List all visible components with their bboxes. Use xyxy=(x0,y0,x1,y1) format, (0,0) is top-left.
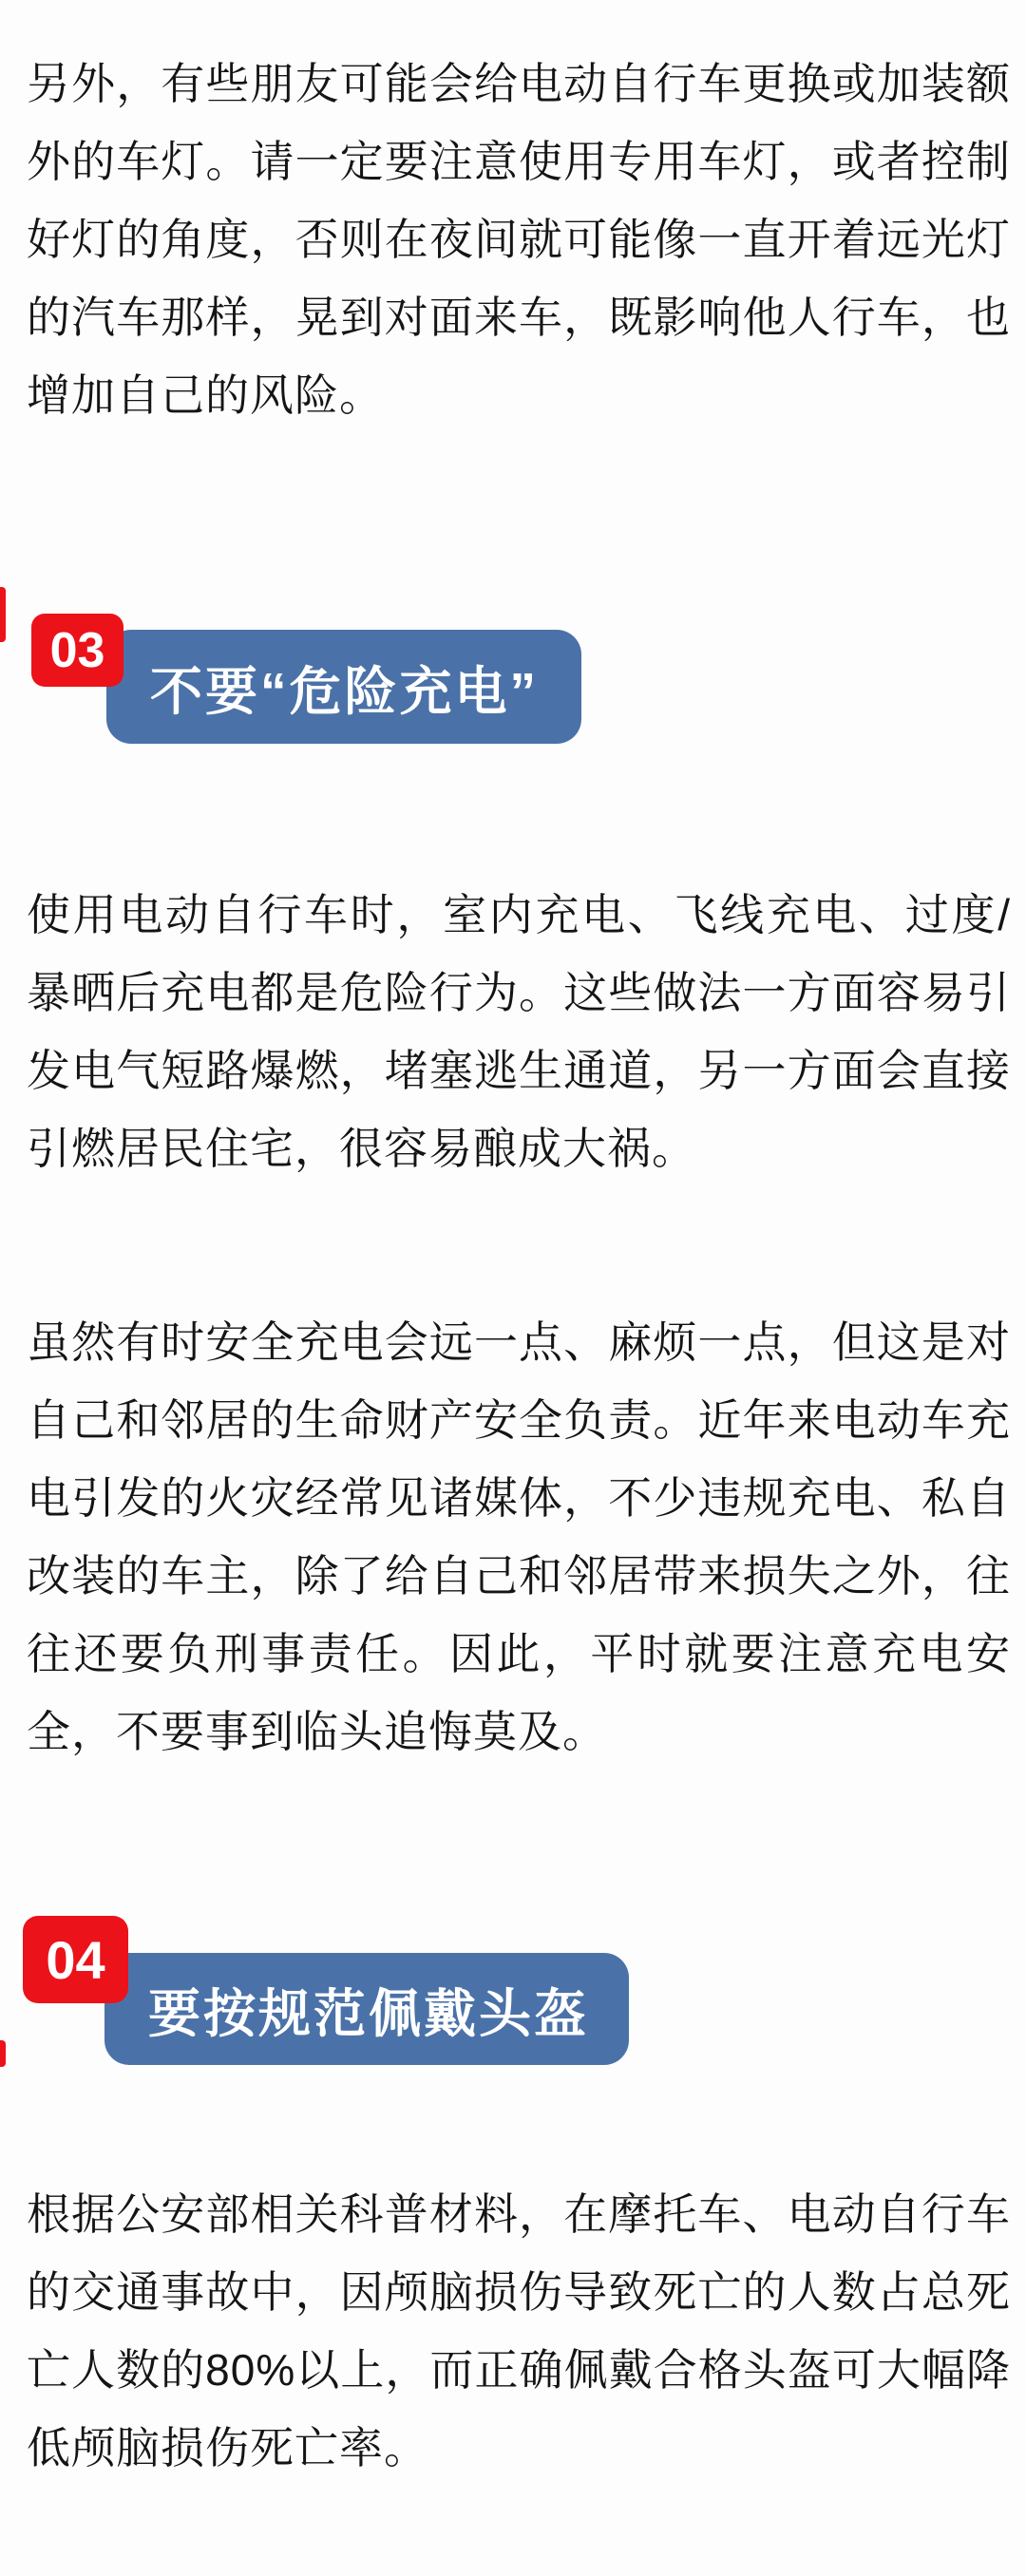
section-04-paragraph-1: 根据公安部相关科普材料，在摩托车、电动自行车的交通事故中，因颅脑损伤导致死亡的人… xyxy=(27,2175,1011,2487)
section-03-paragraph-2: 虽然有时安全充电会远一点、麻烦一点，但这是对自己和邻居的生命财产安全负责。近年来… xyxy=(27,1303,1011,1771)
article-page: 另外，有些朋友可能会给电动自行车更换或加装额外的车灯。请一定要注意使用专用车灯，… xyxy=(0,0,1026,2576)
page-edge-accent-03 xyxy=(0,587,6,642)
section-title-banner-04: 要按规范佩戴头盔 xyxy=(104,1953,629,2065)
intro-paragraph: 另外，有些朋友可能会给电动自行车更换或加装额外的车灯。请一定要注意使用专用车灯，… xyxy=(27,45,1011,434)
page-edge-accent-04 xyxy=(0,2040,6,2067)
section-number-badge-04: 04 xyxy=(23,1916,128,2003)
section-03-paragraph-1: 使用电动自行车时，室内充电、飞线充电、过度/暴晒后充电都是危险行为。这些做法一方… xyxy=(27,876,1011,1187)
section-title-04: 要按规范佩戴头盔 xyxy=(148,1972,589,2047)
section-number-badge-03: 03 xyxy=(31,614,123,687)
section-title-banner-03: 不要“危险充电” xyxy=(106,630,581,744)
section-title-03: 不要“危险充电” xyxy=(150,650,539,725)
